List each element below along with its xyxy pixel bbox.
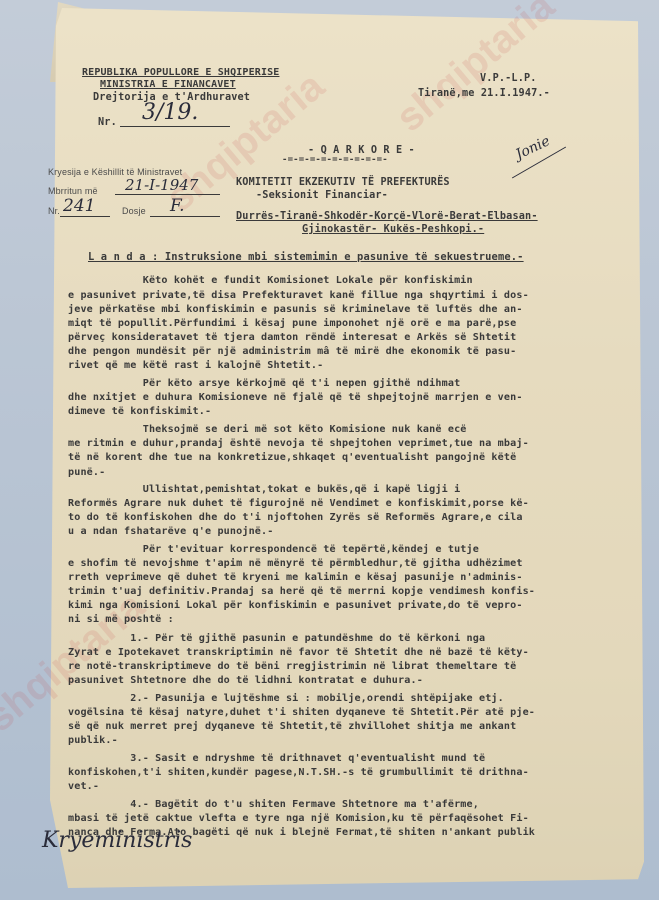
body-line: Theksojmë se deri më sot këto Komisione … <box>68 424 467 435</box>
stamp-arrived-label: Mbrritun më <box>48 186 98 196</box>
protocol-number-handwritten: 3/19. <box>142 100 198 125</box>
body-line: e pasunivet private,të disa Prefekturave… <box>68 290 529 301</box>
body-line: rivet që me këtë rast i kalojnë Shtetit.… <box>68 360 323 371</box>
republic-heading: REPUBLIKA POPULLORE E SHQIPERISE <box>82 67 279 78</box>
body-line: 3.- Sasit e ndryshme të drithnavet q'eve… <box>68 753 485 764</box>
body-line: 2.- Pasunija e lujtëshme si : mobilje,or… <box>68 693 504 704</box>
recipient-committee: KOMITETIT EKZEKUTIV TË PREFEKTURËS <box>236 177 450 188</box>
recipient-section: -Seksionit Financiar- <box>256 190 388 201</box>
ministry-heading: MINISTRIA E FINANCAVET <box>100 79 236 90</box>
body-line: mbasi të jetë caktue vlefta e tyre nga n… <box>68 813 529 824</box>
vp-lp-code: V.P.-L.P. <box>480 73 537 84</box>
body-line: 1.- Për të gjithë pasunin e patundëshme … <box>68 633 485 644</box>
body-line: të në korent dhe tue na konkretizue,shka… <box>68 452 516 463</box>
body-line: jeve përkatëse mbi konfiskimin e pasunis… <box>68 304 523 315</box>
body-line: re notë-transkriptimeve do të bëni rregj… <box>68 661 516 672</box>
body-line: Zyrat e Ipotekavet transkriptimin në fav… <box>68 647 529 658</box>
nr-label: Nr. <box>98 117 117 128</box>
body-line: rreth veprimeve që duhet të kryeni me ka… <box>68 572 523 583</box>
stamp-date-underline <box>115 194 220 195</box>
body-line: vet.- <box>68 781 99 792</box>
stamp-dosje-label: Dosje <box>122 206 146 216</box>
stamp-nr-handwritten: 241 <box>63 196 95 216</box>
body-line: dimeve të konfiskimit.- <box>68 406 211 417</box>
body-line: Për këto arsye kërkojmë që t'i nepen gji… <box>68 378 460 389</box>
stamp-nr-underline <box>60 216 110 217</box>
body-line: përveç konsideratavet të tjera damton rë… <box>68 332 516 343</box>
body-line: kimi nga Komisioni Lokal për konfiskimin… <box>68 600 523 611</box>
body-line: dhe nxitjet e duhura Komisioneve në fjal… <box>68 392 523 403</box>
recipient-cities-line-1: Durrës-Tiranë-Shkodër-Korçë-Vlorë-Berat-… <box>236 211 538 222</box>
body-line: ni si më poshtë : <box>68 614 174 625</box>
body-line: e shofim të nevojshme t'apim në mënyrë t… <box>68 558 523 569</box>
stamp-dosje-underline <box>150 216 220 217</box>
stamp-dosje-handwritten: F. <box>170 196 185 216</box>
body-line: me ritmin e duhur,prandaj është nevoja t… <box>68 438 529 449</box>
recipient-cities-line-2: Gjinokastër- Kukës-Peshkopi.- <box>302 224 484 235</box>
body-line: Për t'evituar korrespondencë të tepërtë,… <box>68 544 479 555</box>
place-and-date: Tiranë,me 21.I.1947.- <box>418 88 550 99</box>
body-line: 4.- Bagëtit do t'u shiten Fermave Shtetn… <box>68 799 479 810</box>
body-line: Ullishtat,pemishtat,tokat e bukës,që i k… <box>68 484 460 495</box>
stamp-nr-label: Nr. <box>48 206 60 216</box>
body-line: së që nuk merret prej dyqaneve të Shteti… <box>68 721 516 732</box>
body-line: Këto kohët e fundit Komisionet Lokale pë… <box>68 275 473 286</box>
body-line: vogëlsina të kësaj natyre,duhet t'i shit… <box>68 707 535 718</box>
stamp-arrived-date-handwritten: 21-I-1947 <box>125 176 198 194</box>
body-line: miqt të popullit.Përfundimi i kësaj pune… <box>68 318 516 329</box>
handwritten-annotation: Kryeministris <box>42 828 192 853</box>
body-line: dhe pengon mundësit për një administrim … <box>68 346 516 357</box>
document-type-rule: -=-=-=-=-=-=-=-=-=- <box>282 155 388 165</box>
body-line: Reformës Agrare nuk duhet të figurojnë n… <box>68 498 529 509</box>
body-line: konfiskohen,t'i shiten,kundër pagese,N.T… <box>68 767 529 778</box>
body-line: trimin t'uaj definitiv.Prandaj sa herë q… <box>68 586 535 597</box>
nr-underline <box>120 126 230 127</box>
body-line: to do të konfiskohen dhe do t'i njoftohe… <box>68 512 523 523</box>
body-line: publik.- <box>68 735 118 746</box>
body-line: u a ndan fshatarëve q'e punojnë.- <box>68 526 274 537</box>
subject-line: L a n d a : Instruksione mbi sistemimin … <box>88 251 524 263</box>
body-line: punë.- <box>68 467 105 478</box>
body-line: pasunivet Shtetnore dhe do të lidhni kon… <box>68 675 423 686</box>
